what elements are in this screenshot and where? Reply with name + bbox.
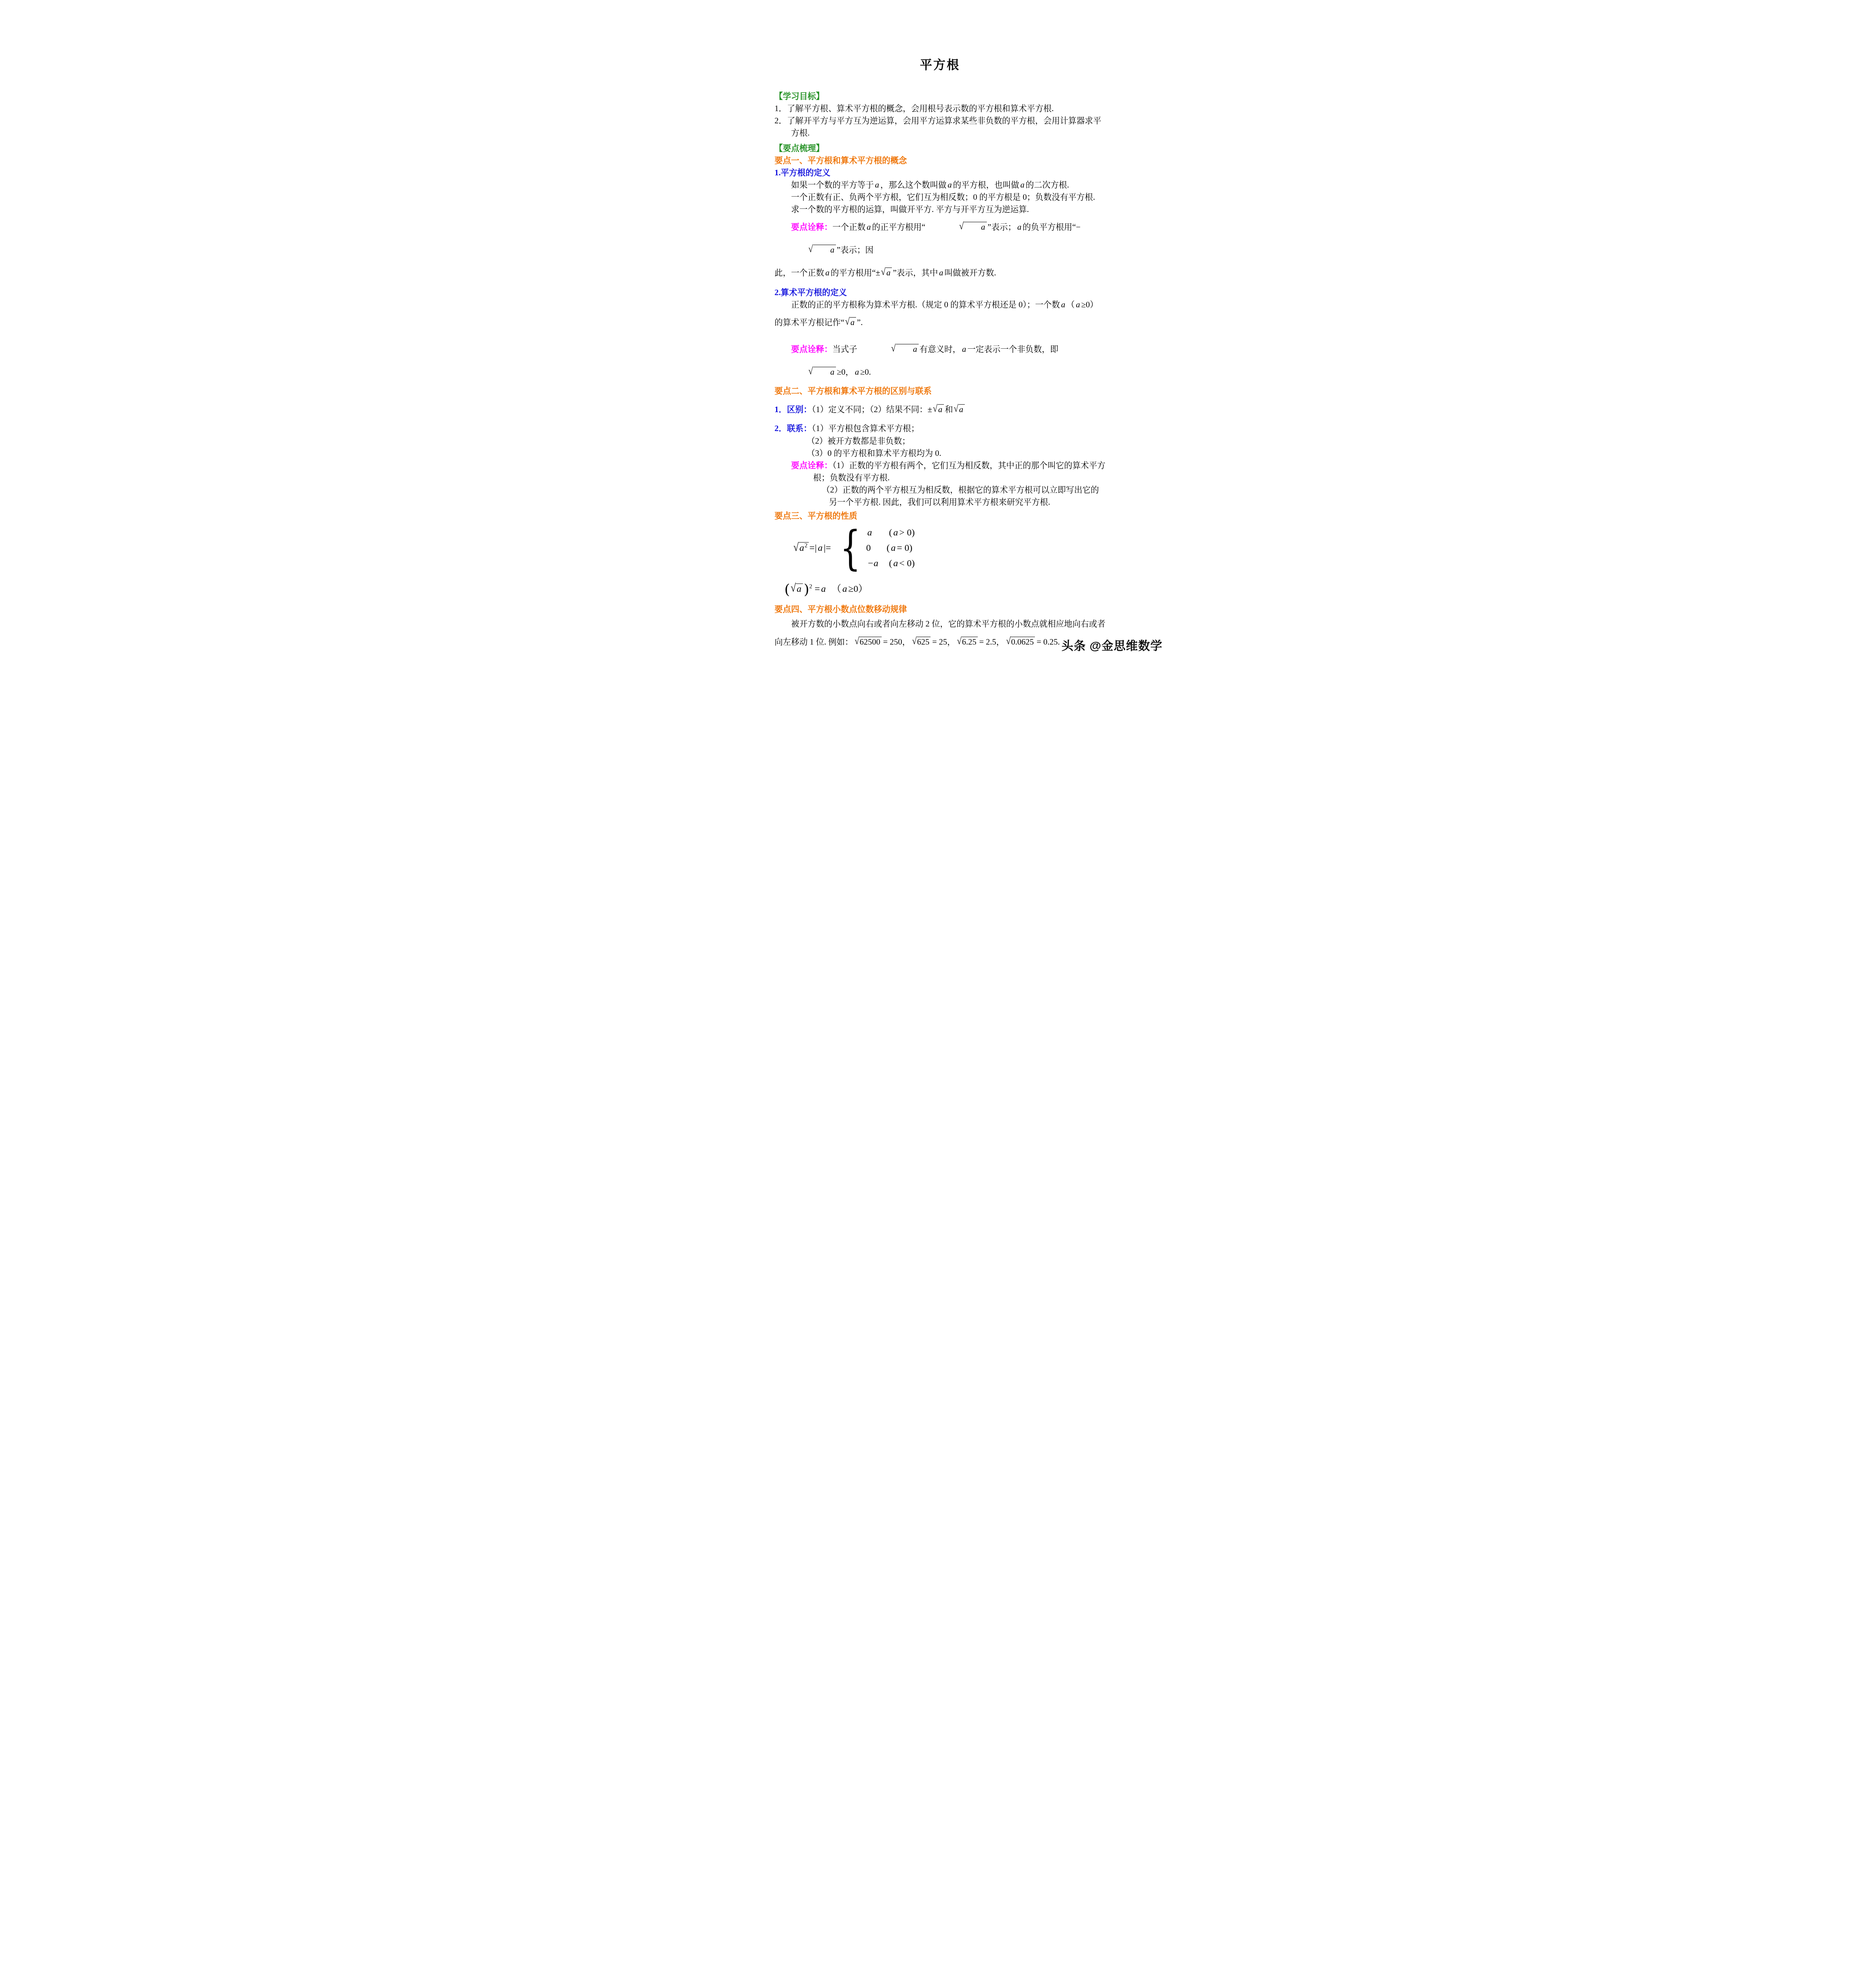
sqrt-a-expression: √a	[775, 361, 836, 383]
var-a: a	[854, 367, 860, 377]
heading-key-1: 要点一、平方根和算术平方根的概念	[775, 154, 1105, 167]
learning-goals-label: 【学习目标】	[775, 90, 1105, 102]
var-a: a	[947, 180, 953, 190]
radical-sign: √	[875, 335, 896, 362]
radical-sign: √	[943, 213, 964, 240]
exponent-2: 2	[804, 543, 807, 549]
relation-item-3: （3）0 的平方根和算术平方根均为 0.	[775, 447, 1105, 459]
paragraph-kaipingfang: 求一个数的平方根的运算，叫做开平方. 平方与开平方互为逆运算.	[775, 203, 1105, 216]
page-title: 平方根	[775, 57, 1105, 73]
radical-sign: √	[912, 627, 917, 655]
paragraph-examples: 向左移动 1 位. 例如：√62500= 250，√625= 25，√6.25=…	[775, 630, 1105, 654]
radical-sign: √	[792, 358, 813, 385]
sqrt-6.25-expression: √6.25	[957, 630, 977, 654]
radical-sign: √	[845, 308, 850, 335]
sqrt-a-expression: √a	[791, 579, 803, 599]
sqrt-0.0625-expression: √0.0625	[1006, 630, 1035, 654]
sqrt-a-expression: √a	[954, 397, 965, 422]
sqrt-a-expression: √a	[926, 216, 987, 238]
exponent-2: 2	[809, 584, 812, 590]
sqrt-a-expression: √a	[881, 261, 892, 284]
outline-bracket-label: 【要点梳理】	[775, 143, 824, 153]
note-3-line-4: 另一个平方根. 因此，我们可以利用算术平方根来研究平方根.	[775, 496, 1105, 508]
relation-item-2: （2）被开方数都是非负数；	[775, 435, 1105, 447]
var-a: a	[961, 344, 968, 354]
right-paren: )	[804, 582, 809, 598]
note-label: 要点诠释：	[791, 222, 832, 232]
note-label: 要点诠释：	[791, 461, 832, 470]
note-1-line-1: 要点诠释：一个正数a的正平方根用“√a”表示；a的负平方根用“−√a”表示；因	[775, 216, 1105, 261]
document-content: 平方根 【学习目标】 1．了解平方根、算术平方根的概念，会用根号表示数的平方根和…	[704, 0, 1172, 654]
sqrt-a-squared-expression: √a2	[793, 542, 809, 554]
note-1-line-2: 此，一个正数a的平方根用“±√a”表示，其中a叫做被开方数.	[775, 261, 1105, 284]
relation-label: 2．联系：	[775, 424, 812, 433]
sqrt-a-expression: √a	[775, 238, 836, 261]
sqrt-a-expression: √a	[845, 311, 856, 334]
goal-item-1: 1．了解平方根、算术平方根的概念，会用根号表示数的平方根和算术平方根.	[775, 102, 1105, 115]
case-row-positive: a(a> 0)	[866, 528, 915, 538]
sqrt-62500-expression: √62500	[855, 630, 882, 654]
formula-sqrt-squared: (√a)2 =a （a≥0）	[775, 576, 1105, 600]
goal-item-2: 2．了解开平方与平方互为逆运算，会用平方运算求某些非负数的平方根，会用计算器求平	[775, 115, 1105, 127]
left-curly-brace: {	[840, 525, 861, 571]
radical-sign: √	[881, 258, 886, 285]
paragraph-decimal-rule: 被开方数的小数点向右或者向左移动 2 位，它的算术平方根的小数点就相应地向右或者	[775, 618, 1105, 630]
note-label: 要点诠释：	[791, 344, 832, 354]
var-a: a	[938, 268, 945, 277]
heading-key-2: 要点二、平方根和算术平方根的区别与联系	[775, 385, 1105, 397]
paragraph-sqrt-def: 如果一个数的平方等于a，那么这个数叫做a的平方根，也叫做a的二次方根.	[775, 179, 1105, 191]
relation-line: 2．联系：（1）平方根包含算术平方根；	[775, 422, 1105, 435]
radical-sign: √	[793, 542, 799, 554]
note-3-line-3: （2）正数的两个平方根互为相反数，根据它的算术平方根可以立即写出它的	[775, 484, 1105, 496]
formula-lhs: √a2=| a |=	[793, 542, 831, 554]
radical-sign: √	[855, 627, 860, 655]
goal-item-2-cont: 方根.	[775, 127, 1105, 139]
difference-line: 1．区别：（1）定义不同；（2）结果不同：±√a和√a	[775, 397, 1105, 422]
paragraph-sqrt-properties: 一个正数有正、负两个平方根，它们互为相反数；0 的平方根是 0；负数没有平方根.	[775, 191, 1105, 203]
plus-minus-sign: ±	[928, 405, 932, 414]
var-a: a	[1075, 300, 1081, 309]
var-a: a	[817, 543, 824, 554]
radical-sign: √	[791, 576, 796, 600]
case-row-zero: 0(a= 0)	[866, 543, 915, 554]
difference-label: 1．区别：	[775, 405, 812, 414]
var-a: a	[1019, 180, 1026, 190]
var-a: a	[1016, 222, 1023, 232]
subheading-sqrt-definition: 1.平方根的定义	[775, 167, 1105, 179]
radical-sign: √	[957, 627, 962, 655]
radical-sign: √	[933, 394, 938, 423]
var-a: a	[824, 268, 831, 277]
sqrt-a-expression: √a	[933, 397, 944, 422]
note-3-line-2: 根；负数没有平方根.	[775, 472, 1105, 484]
var-a: a	[1060, 300, 1067, 309]
formula-piecewise-abs: √a2=| a |= { a(a> 0) 0(a= 0) −a(a< 0)	[775, 526, 1105, 570]
subheading-arithmetic-sqrt-definition: 2.算术平方根的定义	[775, 286, 1105, 299]
var-a: a	[820, 584, 827, 594]
document-page: 平方根 【学习目标】 1．了解平方根、算术平方根的概念，会用根号表示数的平方根和…	[704, 0, 1172, 663]
case-row-negative: −a(a< 0)	[866, 558, 915, 569]
var-a: a	[874, 180, 880, 190]
radical-sign: √	[1006, 627, 1011, 655]
learning-goals-bracket-label: 【学习目标】	[775, 91, 824, 101]
piecewise-cases: a(a> 0) 0(a= 0) −a(a< 0)	[866, 528, 915, 569]
radical-sign: √	[954, 394, 958, 423]
paragraph-arith-sqrt-notation: 的算术平方根记作“√a”.	[775, 311, 1105, 334]
radical-sign: √	[792, 236, 813, 262]
watermark-toutiao-handle: 头条 @金思维数学	[1061, 636, 1163, 653]
heading-key-3: 要点三、平方根的性质	[775, 510, 1105, 522]
sqrt-625-expression: √625	[912, 630, 931, 654]
note-2-line: 要点诠释：当式子√a有意义时，a一定表示一个非负数，即√a≥0，a≥0.	[775, 338, 1105, 383]
sqrt-a-expression: √a	[858, 338, 919, 361]
paragraph-arith-sqrt-def: 正数的正的平方根称为算术平方根.（规定 0 的算术平方根还是 0）；一个数a（a…	[775, 299, 1105, 311]
heading-key-4: 要点四、平方根小数点位数移动规律	[775, 603, 1105, 615]
var-a: a	[866, 222, 872, 232]
note-3-line-1: 要点诠释：（1）正数的平方根有两个，它们互为相反数，其中正的那个叫它的算术平方	[775, 459, 1105, 472]
outline-label-line: 【要点梳理】	[775, 142, 1105, 154]
left-paren: (	[784, 582, 790, 598]
